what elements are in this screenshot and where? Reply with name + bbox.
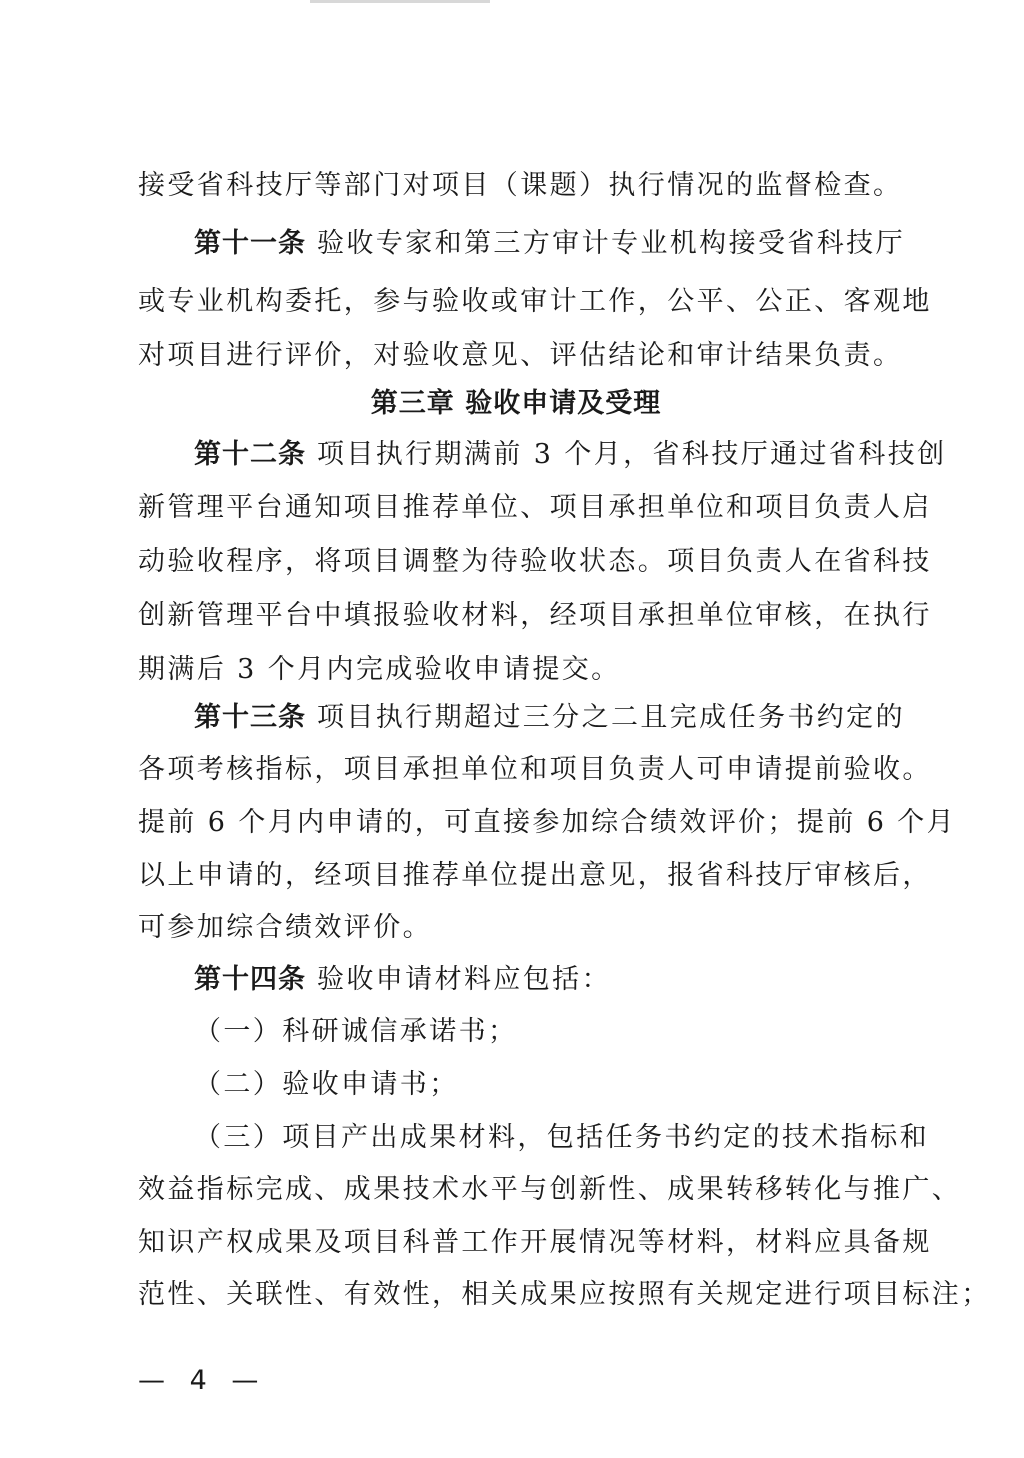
article-12: 第十二条 项目执行期满前 3 个月，省科技厅通过省科技创 — [138, 437, 894, 473]
paragraph-line: 期满后 3 个月内完成验收申请提交。 — [138, 652, 894, 688]
list-item: （二）验收申请书； — [138, 1067, 894, 1103]
page-number: — 4 — — [138, 1363, 266, 1399]
paragraph-line: 提前 6 个月内申请的，可直接参加综合绩效评价；提前 6 个月 — [138, 805, 894, 841]
paragraph-line: 以上申请的，经项目推荐单位提出意见，报省科技厅审核后， — [138, 858, 894, 894]
list-item: （一）科研诚信承诺书； — [138, 1014, 894, 1050]
paragraph-line: 效益指标完成、成果技术水平与创新性、成果转移转化与推广、 — [138, 1172, 894, 1208]
article-label: 第十三条 — [194, 702, 306, 733]
paragraph-line: 各项考核指标，项目承担单位和项目负责人可申请提前验收。 — [138, 752, 894, 788]
scan-artifact — [310, 0, 490, 3]
article-label: 第十一条 — [194, 228, 306, 259]
article-13: 第十三条 项目执行期超过三分之二且完成任务书约定的 — [138, 700, 894, 736]
article-label: 第十四条 — [194, 964, 306, 995]
paragraph-line: 新管理平台通知项目推荐单位、项目承担单位和项目负责人启 — [138, 490, 894, 526]
article-14: 第十四条 验收申请材料应包括： — [138, 962, 894, 998]
paragraph-line: 对项目进行评价，对验收意见、评估结论和审计结果负责。 — [138, 338, 894, 374]
article-11: 第十一条 验收专家和第三方审计专业机构接受省科技厅 — [138, 226, 894, 262]
paragraph-line: 知识产权成果及项目科普工作开展情况等材料，材料应具备规 — [138, 1225, 894, 1261]
paragraph-line: 动验收程序，将项目调整为待验收状态。项目负责人在省科技 — [138, 544, 894, 580]
paragraph-line: 可参加综合绩效评价。 — [138, 910, 894, 946]
chapter-heading: 第三章 验收申请及受理 — [138, 386, 894, 422]
paragraph-line: 接受省科技厅等部门对项目（课题）执行情况的监督检查。 — [138, 168, 894, 204]
list-item: （三）项目产出成果材料，包括任务书约定的技术指标和 — [138, 1120, 894, 1156]
paragraph-line: 范性、关联性、有效性，相关成果应按照有关规定进行项目标注； — [138, 1277, 894, 1313]
article-label: 第十二条 — [194, 439, 306, 470]
paragraph-line: 创新管理平台中填报验收材料，经项目承担单位审核，在执行 — [138, 598, 894, 634]
paragraph-line: 或专业机构委托，参与验收或审计工作，公平、公正、客观地 — [138, 284, 894, 320]
